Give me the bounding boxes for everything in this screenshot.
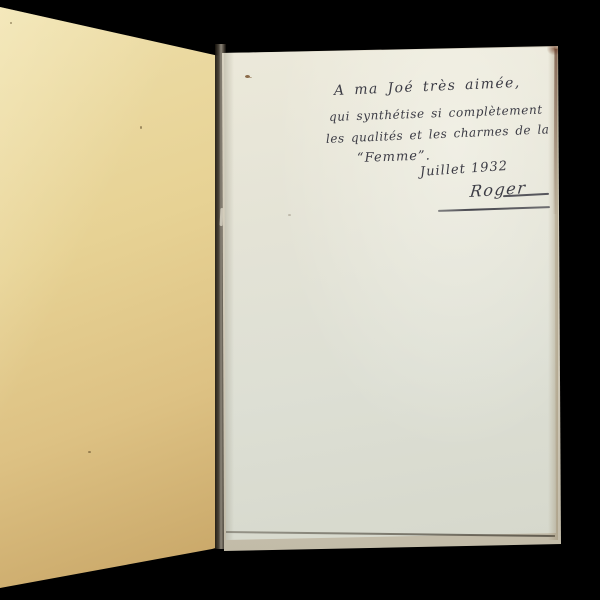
paper-fleck	[288, 214, 291, 216]
paper-speck	[140, 126, 142, 129]
left-endpaper-page	[0, 0, 219, 600]
paper-fleck	[245, 75, 250, 78]
paper-speck	[88, 451, 91, 453]
book-photo: A ma Joé très aimée, qui synthétise si c…	[0, 0, 600, 600]
signature: Roger	[469, 178, 527, 201]
paper-speck	[10, 22, 12, 24]
dedication-line: “Femme”.	[357, 148, 431, 166]
